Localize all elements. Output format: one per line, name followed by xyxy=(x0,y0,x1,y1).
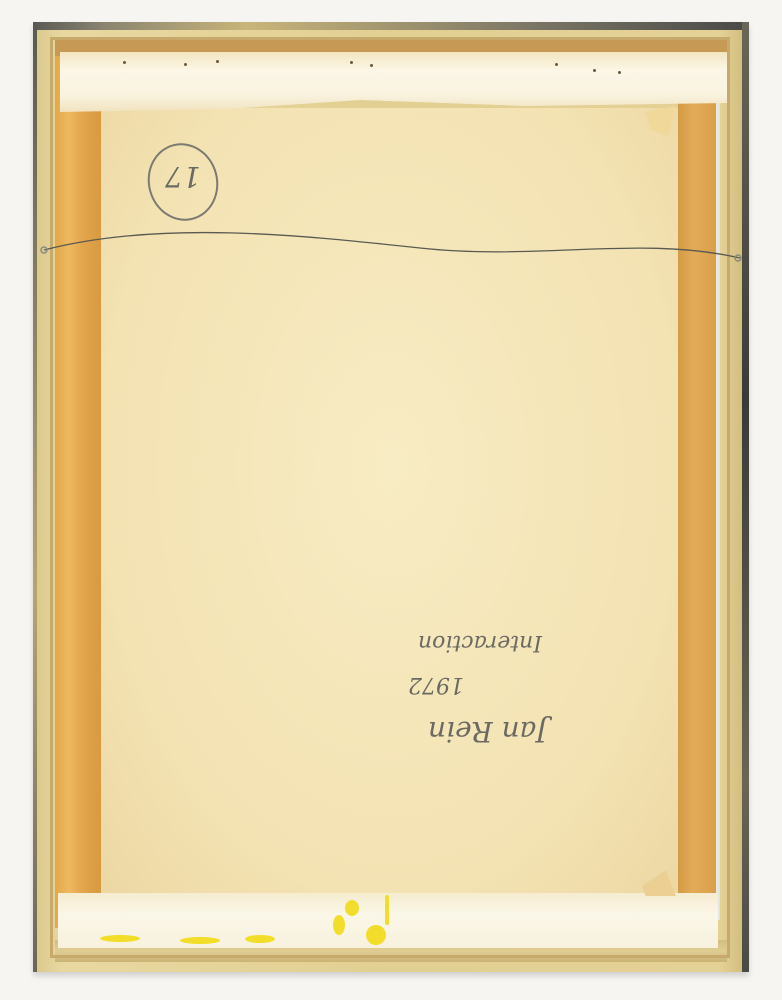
paint-splash xyxy=(100,935,140,942)
nail xyxy=(370,64,373,67)
nail xyxy=(555,63,558,66)
frame-edge-top xyxy=(33,22,749,30)
frame-edge-right xyxy=(742,22,749,972)
nail xyxy=(184,63,187,66)
paint-splash xyxy=(180,937,220,944)
nail xyxy=(618,71,621,74)
inscription-title: Interaction xyxy=(418,630,542,655)
paint-splash xyxy=(245,935,275,943)
inscription-signature: Jan Rein xyxy=(428,715,548,748)
circled-number: 17 xyxy=(165,160,201,193)
paint-splash xyxy=(333,915,345,935)
inscription-year: 1972 xyxy=(408,672,464,697)
nail xyxy=(216,60,219,63)
paint-splash xyxy=(366,925,386,945)
paint-drip xyxy=(385,895,389,925)
nail xyxy=(123,61,126,64)
stretcher-bar-left xyxy=(55,56,101,928)
paint-splash xyxy=(345,900,359,916)
nail xyxy=(350,61,353,64)
frame-edge-left xyxy=(33,22,37,972)
nail xyxy=(593,69,596,72)
hanging-wire xyxy=(40,220,750,270)
